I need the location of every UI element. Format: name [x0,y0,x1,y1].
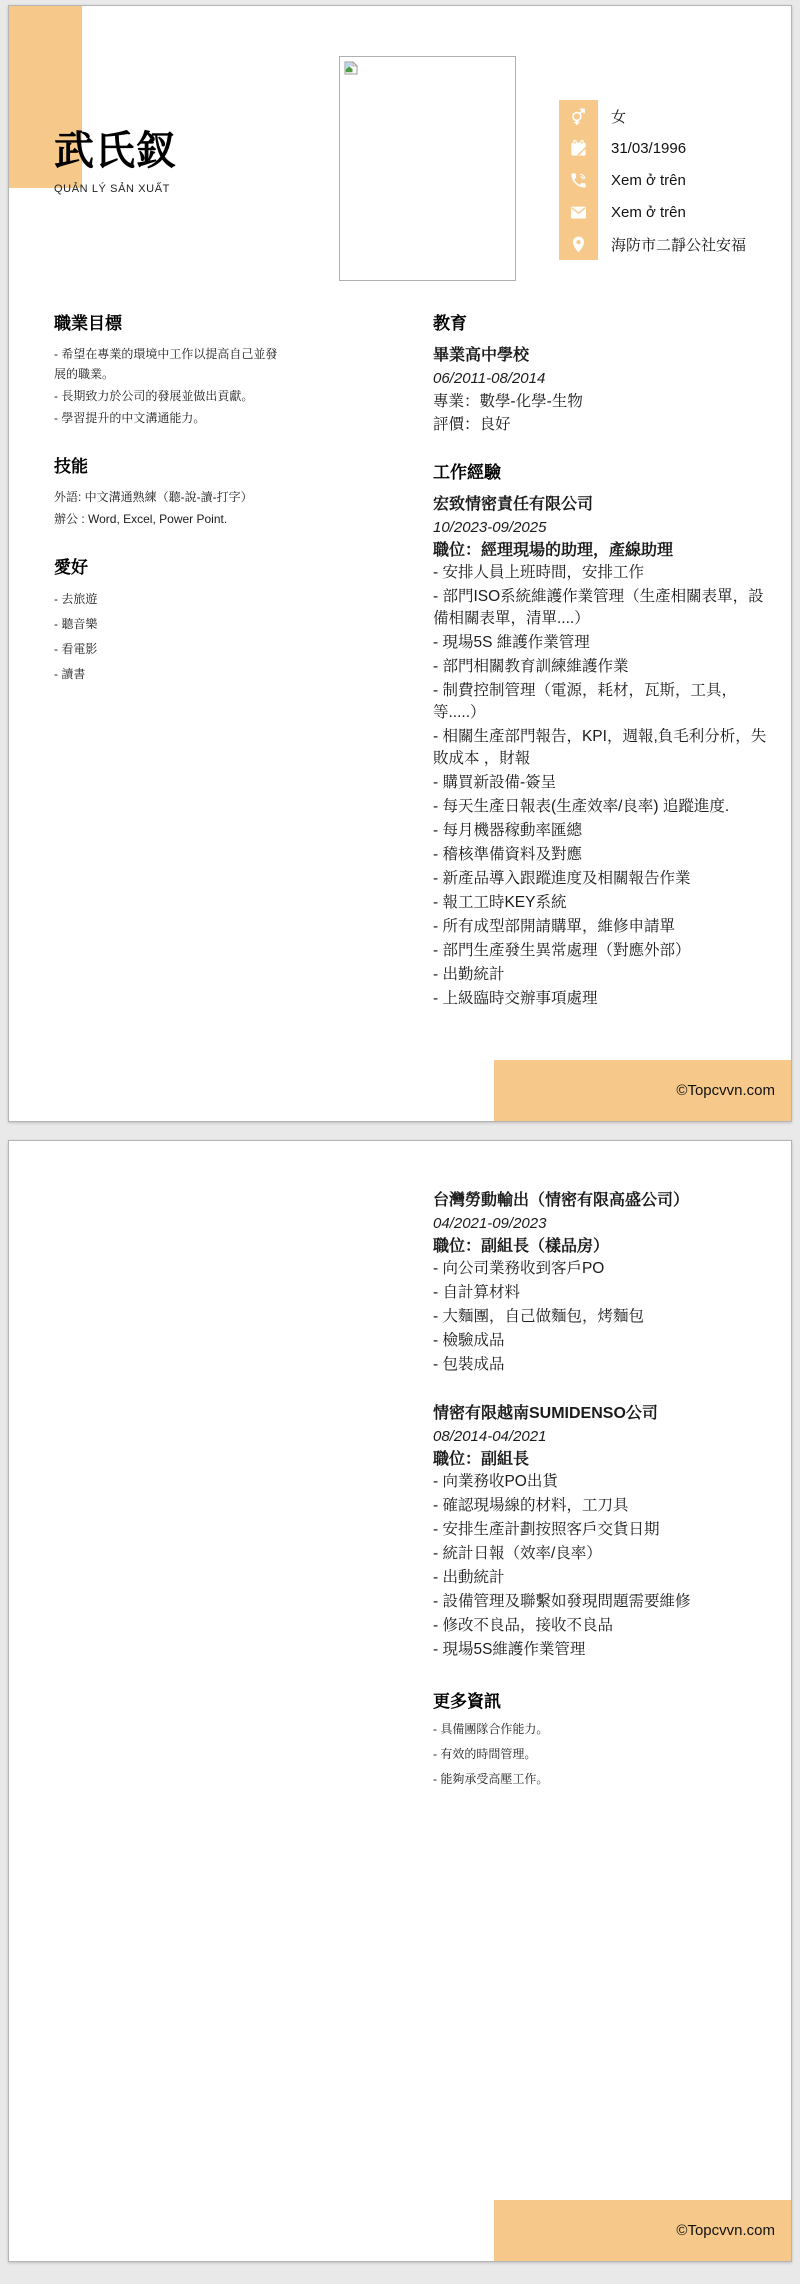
section-more-info: 更多資訊 - 具備團隊合作能力。- 有效的時間管理。- 能夠承受高壓工作。 [433,1687,767,1787]
job-period: 10/2023-09/2025 [433,516,767,539]
list-item: - 報工工時KEY系統 [433,892,767,914]
contact-address-value: 海防市二靜公社安福 [598,228,746,260]
list-item: - 部門相關教育訓練維護作業 [433,656,767,678]
job-company: 情密有限越南SUMIDENSO公司 [433,1402,767,1425]
list-item: - 出動統計 [433,1567,767,1589]
cv-canvas: 武氏釵 QUẢN LÝ SẢN XUẤT 女 [0,0,800,2284]
list-item: - 看電影 [54,638,286,661]
footer-credit-bar: ©Topcvvn.com [494,1060,791,1121]
education-heading: 教育 [433,309,767,334]
job-bullets: - 向業務收PO出貨- 確認現場線的材料，工刀具- 安排生產計劃按照客戶交貨日期… [433,1471,767,1661]
calendar-icon [559,132,598,164]
list-item: - 所有成型部開請購單，維修申請單 [433,916,767,938]
list-item: - 設備管理及聯繫如發現問題需要維修 [433,1591,767,1613]
footer-credit-bar: ©Topcvvn.com [494,2200,791,2261]
location-icon [559,228,598,260]
email-icon [559,196,598,228]
contact-list: 女 31/03/1996 [559,100,746,260]
list-item: - 安排生產計劃按照客戶交貨日期 [433,1519,767,1541]
list-item: - 統計日報（效率/良率） [433,1543,767,1565]
list-item: - 學習提升的中文溝通能力。 [54,408,286,428]
candidate-title: QUẢN LÝ SẢN XUẤT [54,183,177,195]
list-item: - 制費控制管理（電源，耗材，瓦斯，工具，等.....） [433,680,767,724]
job-entry-3: 情密有限越南SUMIDENSO公司 08/2014-04/2021 職位：副組長… [433,1402,767,1661]
list-item: - 向公司業務收到客戶PO [433,1258,767,1280]
contact-birthday-value: 31/03/1996 [598,132,686,164]
cv-page-1: 武氏釵 QUẢN LÝ SẢN XUẤT 女 [8,5,792,1122]
credit-text: ©Topcvvn.com [676,2222,775,2239]
list-item: - 購買新設備-簽呈 [433,772,767,794]
cv-page-2: 台灣勞動輸出（情密有限高盛公司） 04/2021-09/2023 職位：副組長（… [8,1140,792,2262]
list-item: 辦公 : Word, Excel, Power Point. [54,509,286,529]
list-item: 評價：良好 [433,413,767,436]
list-item: - 出勤統計 [433,964,767,986]
list-item: - 檢驗成品 [433,1330,767,1352]
list-item: - 大麵團，自己做麵包，烤麵包 [433,1306,767,1328]
list-item: - 每月機器稼動率匯總 [433,820,767,842]
contact-row-email: Xem ở trên [559,196,746,228]
contact-row-address: 海防市二靜公社安福 [559,228,746,260]
list-item: - 確認現場線的材料，工刀具 [433,1495,767,1517]
job-position: 職位：副組長 [433,1448,767,1471]
left-column: 職業目標 - 希望在專業的環境中工作以提高自己並發展的職業。- 長期致力於公司的… [54,309,286,710]
page2-column: 台灣勞動輸出（情密有限高盛公司） 04/2021-09/2023 職位：副組長（… [433,1189,767,1797]
credit-text: ©Topcvvn.com [676,1082,775,1099]
job-period: 04/2021-09/2023 [433,1212,767,1235]
experience-heading: 工作經驗 [433,458,767,483]
list-item: - 讀書 [54,663,286,686]
objective-items: - 希望在專業的環境中工作以提高自己並發展的職業。- 長期致力於公司的發展並做出… [54,344,286,428]
list-item: 專業：數學-化學-生物 [433,390,767,413]
list-item: - 自計算材料 [433,1282,767,1304]
more-info-heading: 更多資訊 [433,1687,767,1712]
gender-icon [559,100,598,132]
photo-placeholder [339,56,516,281]
list-item: - 長期致力於公司的發展並做出貢獻。 [54,386,286,406]
list-item: - 去旅遊 [54,588,286,611]
candidate-name: 武氏釵 [54,128,177,174]
job-position: 職位：經理現場的助理，產線助理 [433,539,767,562]
broken-image-icon [344,61,358,75]
list-item: - 修改不良品，接收不良品 [433,1615,767,1637]
hobbies-heading: 愛好 [54,553,286,578]
contact-row-birthday: 31/03/1996 [559,132,746,164]
list-item: 外語: 中文溝通熟練（聽-說-讀-打字） [54,487,286,507]
job-position: 職位：副組長（樣品房） [433,1235,767,1258]
list-item: - 現場5S維護作業管理 [433,1639,767,1661]
job-bullets: - 向公司業務收到客戶PO- 自計算材料- 大麵團，自己做麵包，烤麵包- 檢驗成… [433,1258,767,1376]
education-school: 畢業高中學校 [433,344,767,367]
list-item: - 每天生產日報表(生產效率/良率) 追蹤進度. [433,796,767,818]
skills-items: 外語: 中文溝通熟練（聽-說-讀-打字）辦公 : Word, Excel, Po… [54,487,286,529]
more-info-items: - 具備團隊合作能力。- 有效的時間管理。- 能夠承受高壓工作。 [433,1722,767,1787]
list-item: - 包裝成品 [433,1354,767,1376]
contact-gender-value: 女 [598,100,626,132]
education-details: 專業：數學-化學-生物評價：良好 [433,390,767,436]
hobbies-items: - 去旅遊- 聽音樂- 看電影- 讀書 [54,588,286,686]
list-item: - 希望在專業的環境中工作以提高自己並發展的職業。 [54,344,286,384]
list-item: - 安排人員上班時間，安排工作 [433,562,767,584]
section-hobbies: 愛好 - 去旅遊- 聽音樂- 看電影- 讀書 [54,553,286,686]
job-company: 台灣勞動輸出（情密有限高盛公司） [433,1189,767,1212]
contact-row-phone: Xem ở trên [559,164,746,196]
list-item: - 聽音樂 [54,613,286,636]
phone-icon [559,164,598,196]
section-skills: 技能 外語: 中文溝通熟練（聽-說-讀-打字）辦公 : Word, Excel,… [54,452,286,529]
header-block: 武氏釵 QUẢN LÝ SẢN XUẤT [54,128,177,195]
job-entry-2: 台灣勞動輸出（情密有限高盛公司） 04/2021-09/2023 職位：副組長（… [433,1189,767,1376]
list-item: - 有效的時間管理。 [433,1747,767,1762]
objective-heading: 職業目標 [54,309,286,334]
skills-heading: 技能 [54,452,286,477]
right-column: 教育 畢業高中學校 06/2011-08/2014 專業：數學-化學-生物評價：… [433,309,767,1036]
list-item: - 部門ISO系統維護作業管理（生產相關表單，設備相關表單，清單....） [433,586,767,630]
list-item: - 向業務收PO出貨 [433,1471,767,1493]
job-entry-1: 宏致情密責任有限公司 10/2023-09/2025 職位：經理現場的助理，產線… [433,493,767,1010]
job-bullets: - 安排人員上班時間，安排工作- 部門ISO系統維護作業管理（生產相關表單，設備… [433,562,767,1010]
section-education: 教育 畢業高中學校 06/2011-08/2014 專業：數學-化學-生物評價：… [433,309,767,436]
list-item: - 上級臨時交辦事項處理 [433,988,767,1010]
job-company: 宏致情密責任有限公司 [433,493,767,516]
section-objective: 職業目標 - 希望在專業的環境中工作以提高自己並發展的職業。- 長期致力於公司的… [54,309,286,428]
contact-row-gender: 女 [559,100,746,132]
list-item: - 部門生產發生異常處理（對應外部） [433,940,767,962]
list-item: - 具備團隊合作能力。 [433,1722,767,1737]
contact-email-value: Xem ở trên [598,196,686,228]
section-experience: 工作經驗 宏致情密責任有限公司 10/2023-09/2025 職位：經理現場的… [433,458,767,1010]
list-item: - 稽核準備資料及對應 [433,844,767,866]
list-item: - 現場5S 維護作業管理 [433,632,767,654]
job-period: 08/2014-04/2021 [433,1425,767,1448]
list-item: - 相關生產部門報告，KPI，週報,負毛利分析，失敗成本 ，財報 [433,726,767,770]
education-period: 06/2011-08/2014 [433,367,767,390]
contact-phone-value: Xem ở trên [598,164,686,196]
list-item: - 能夠承受高壓工作。 [433,1772,767,1787]
list-item: - 新產品導入跟蹤進度及相關報告作業 [433,868,767,890]
